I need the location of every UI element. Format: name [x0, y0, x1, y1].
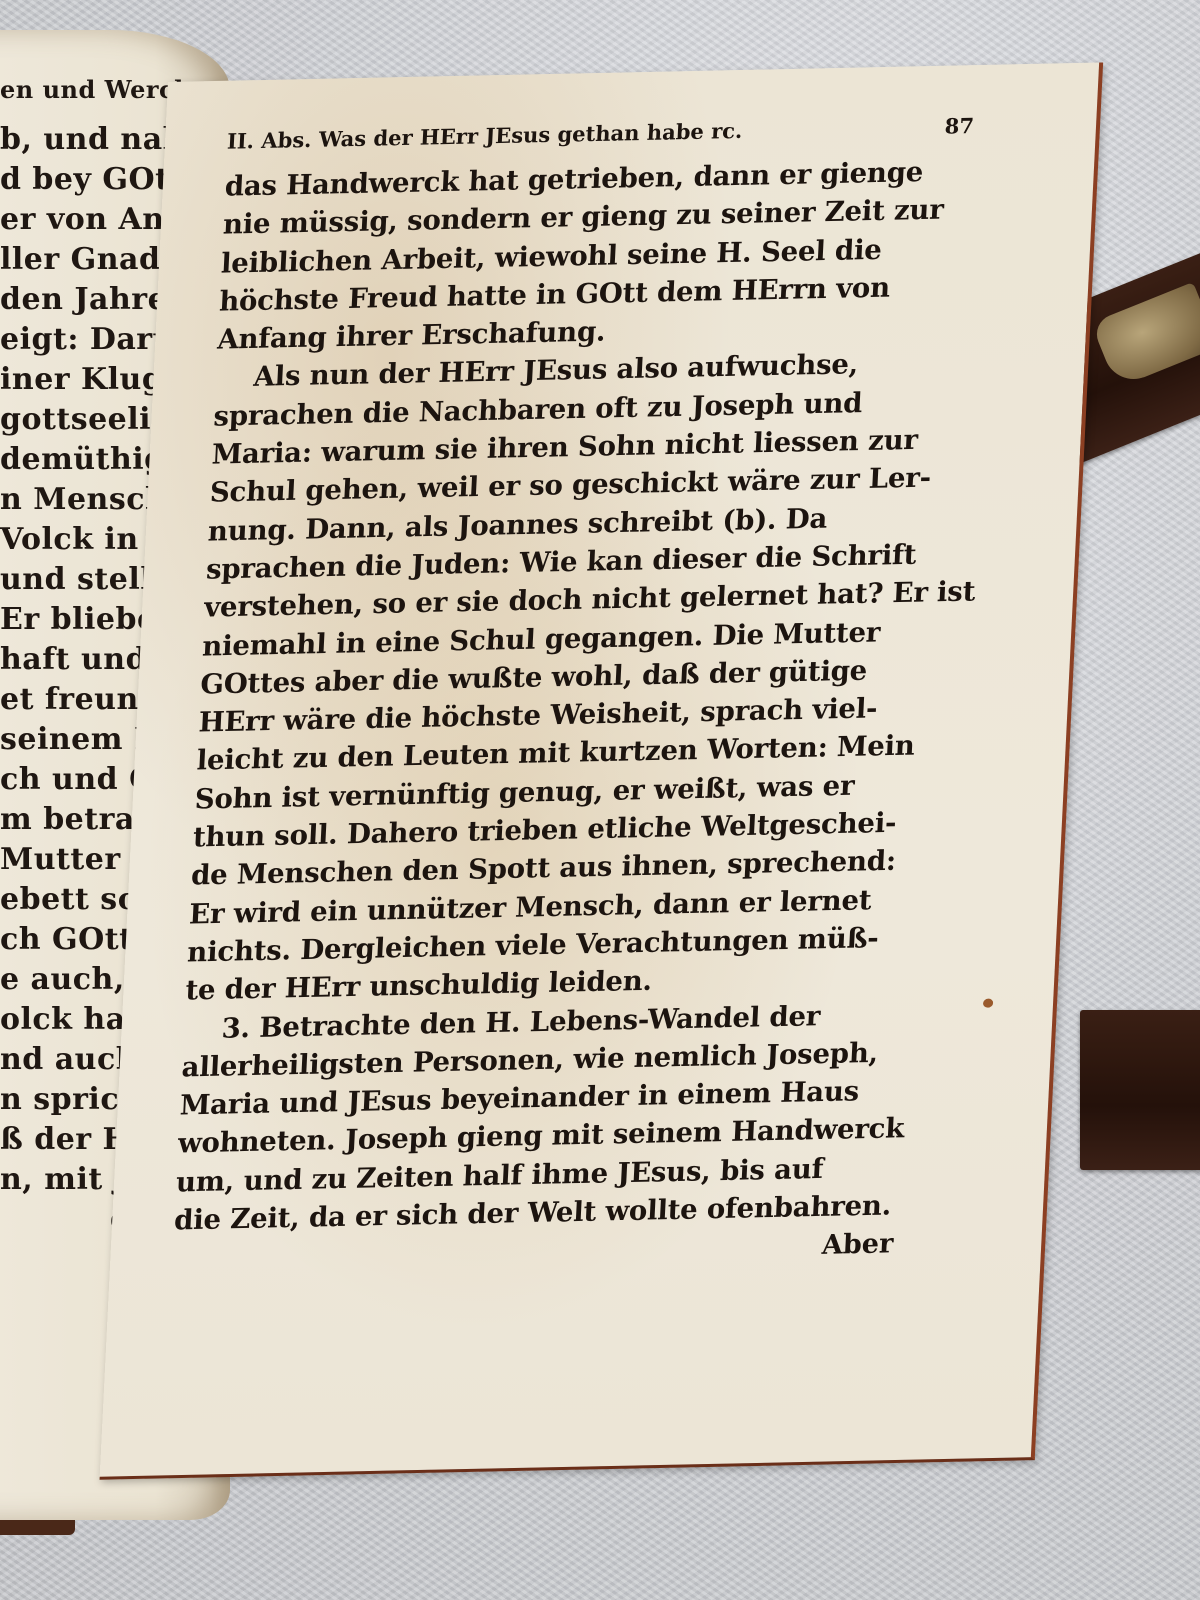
running-head-title: II. Abs. Was der HErr JEsus gethan habe …: [227, 118, 744, 154]
right-page-text: II. Abs. Was der HErr JEsus gethan habe …: [172, 113, 989, 1275]
leather-clasp-bottom: [1080, 1010, 1200, 1170]
running-header: II. Abs. Was der HErr JEsus gethan habe …: [227, 113, 989, 154]
page-number: 87: [944, 113, 974, 139]
foxing-spot: [983, 999, 993, 1008]
right-page: II. Abs. Was der HErr JEsus gethan habe …: [100, 62, 1104, 1479]
